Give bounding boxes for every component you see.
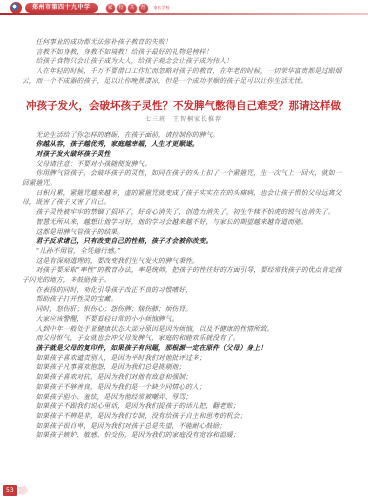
body-paragraph: 日积月累，紧箍咒越来越多，虚的紧箍咒就变成了孩子实实在在的头痛病，也会让孩子惧怕… (22, 189, 345, 208)
badge-circle-icon: 共 (128, 4, 137, 13)
body-paragraph: 如果孩子不跟我们说心里话，是因为我们捉孩子的话儿把，翻老账； (22, 402, 345, 412)
body-paragraph: 而父母怄气，子女就也会冲父母发脾气，家庭的和睦欢乐就没有了。 (22, 334, 345, 344)
badge-caption: 家长学校 (154, 5, 170, 11)
intro-paragraph: 言教不如身教，身教不如境教！给孩子最好的礼物是榜样！ (22, 48, 345, 58)
body-paragraph: 在表扬的同时，劝化引导孩子改正不良的习惯嗜好， (22, 286, 345, 296)
document-page: 郑州市第四十九中学 家 校 共 育 家长学校 任何事业的成功都无法弥补孩子教育的… (0, 0, 368, 500)
page-content: 任何事业的成功都无法弥补孩子教育的失败！ 言教不如身教，身教不如境教！给孩子最好… (22, 38, 345, 441)
body-paragraph: 如果孩子凡事喜欢抱怨，是因为我们总是挑剔他； (22, 363, 345, 373)
badge-circle-icon: 校 (117, 4, 126, 13)
body-paragraph: 如果孩子不够善良，是因为我们是一个缺少同情心的人； (22, 383, 345, 393)
body-paragraph: 对孩子要采取“率性”的教育办法，率是统帅，把孩子的性往好的方面引导，要经常找孩子… (22, 266, 345, 285)
body-paragraph: 这都是用脾气管孩子的结果。 (22, 228, 345, 238)
article-byline: 七三班 王智桐家长推荐 (22, 115, 345, 124)
intro-paragraph: 人在年轻的时候，千万不要借口工作忙而忽略对孩子的教育，在年老的时候，一切荣华富贵… (22, 67, 345, 86)
body-paragraph: 父母请注意：不要对小孩随便发脾气。 (22, 160, 345, 170)
article-body: 无论生活给了你怎样的磨砺，在孩子面前，请控制你的脾气。 你越从容，孩子越优秀，家… (22, 131, 345, 442)
body-paragraph: 同时，怒伤肝；恨伤心；怨伤脾；恼伤肺；烦伤肾。 (22, 305, 345, 315)
body-paragraph: 对孩子发火破坏孩子灵性 (22, 150, 345, 160)
page-header: 郑州市第四十九中学 家 校 共 育 家长学校 (0, 0, 368, 16)
page-footer: 53 (3, 485, 29, 496)
body-paragraph: 如果孩子不辨是非，是因为我们专制，没有给孩子自主和思考的机会； (22, 412, 345, 422)
body-paragraph: 人到中年一般处于亚健康状态大部分原因是因为烦恼，以及不健康的性情所致。 (22, 325, 345, 335)
body-paragraph: 孩子就是父母的复印件，如果孩子有问题，那根源一定在原件（父母）身上！ (22, 344, 345, 354)
body-paragraph: “儿孙不用管，全凭德行感。” (22, 247, 345, 257)
body-paragraph: 君子反求诸己，只有改变自己的性格，孩子才会被你改变。 (22, 237, 345, 247)
school-name-banner: 郑州市第四十九中学 (25, 3, 98, 13)
body-paragraph: 智慧无所从来，越想让他学习好，他的学习会越来越不好，与家长的期望越来越背道而驰。 (22, 218, 345, 228)
header-badges: 家 校 共 育 (106, 4, 148, 13)
article-title: 冲孩子发火，会破坏孩子灵性？不发脾气憋得自己难受？那请这样做 (22, 100, 345, 113)
body-paragraph: 你用脾气管孩子，会破坏孩子的灵性，如同在孩子的头上扣了一个紧箍咒，生一次气上一回… (22, 169, 345, 188)
body-paragraph: 孩子灵性被牢牢的禁锢了损坏了，好奇心消失了，创造力消失了，初生牛犊不怕虎的锐气也… (22, 208, 345, 218)
badge-circle-icon: 家 (106, 4, 115, 13)
body-paragraph: 如果孩子胆小、羞怯，是因为他经常被嘲弄、辱骂； (22, 393, 345, 403)
body-paragraph: 大家应该警醒，不要看轻日常的小小烦恼脾气。 (22, 315, 345, 325)
body-paragraph: 这是有深刻道理的，要改变我们生气发火的脾气秉性。 (22, 257, 345, 267)
body-paragraph: 如果孩子嫉妒、敏感、怕受伤，是因为我们的家庭没有宽容和温暖； (22, 431, 345, 441)
body-paragraph: 如果孩子喜欢对抗，是因为我们对他有敌意和强制； (22, 373, 345, 383)
body-paragraph: 如果孩子喜欢谴责别人，是因为平时我们对他批评过多； (22, 354, 345, 364)
ribbon-decoration-icon (18, 486, 29, 495)
intro-paragraph: 任何事业的成功都无法弥补孩子教育的失败！ (22, 38, 345, 48)
body-paragraph: 如果孩子很自卑，是因为我们对孩子总是失望，不能耐心鼓励； (22, 422, 345, 432)
header-rule-divider (0, 13, 368, 15)
badge-circle-icon: 育 (139, 4, 148, 13)
body-paragraph: 无论生活给了你怎样的磨砺，在孩子面前，请控制你的脾气。 (22, 131, 345, 141)
body-paragraph: 你越从容，孩子越优秀，家庭越幸福，人生才更顺遂。 (22, 140, 345, 150)
page-number-badge: 53 (3, 485, 17, 496)
intro-paragraph: 给孩子食物只会让孩子成为大人，给孩子观念会让孩子成为伟人！ (22, 57, 345, 67)
body-paragraph: 帮助孩子打开性灵的宝藏。 (22, 295, 345, 305)
intro-block: 任何事业的成功都无法弥补孩子教育的失败！ 言教不如身教，身教不如境教！给孩子最好… (22, 38, 345, 87)
